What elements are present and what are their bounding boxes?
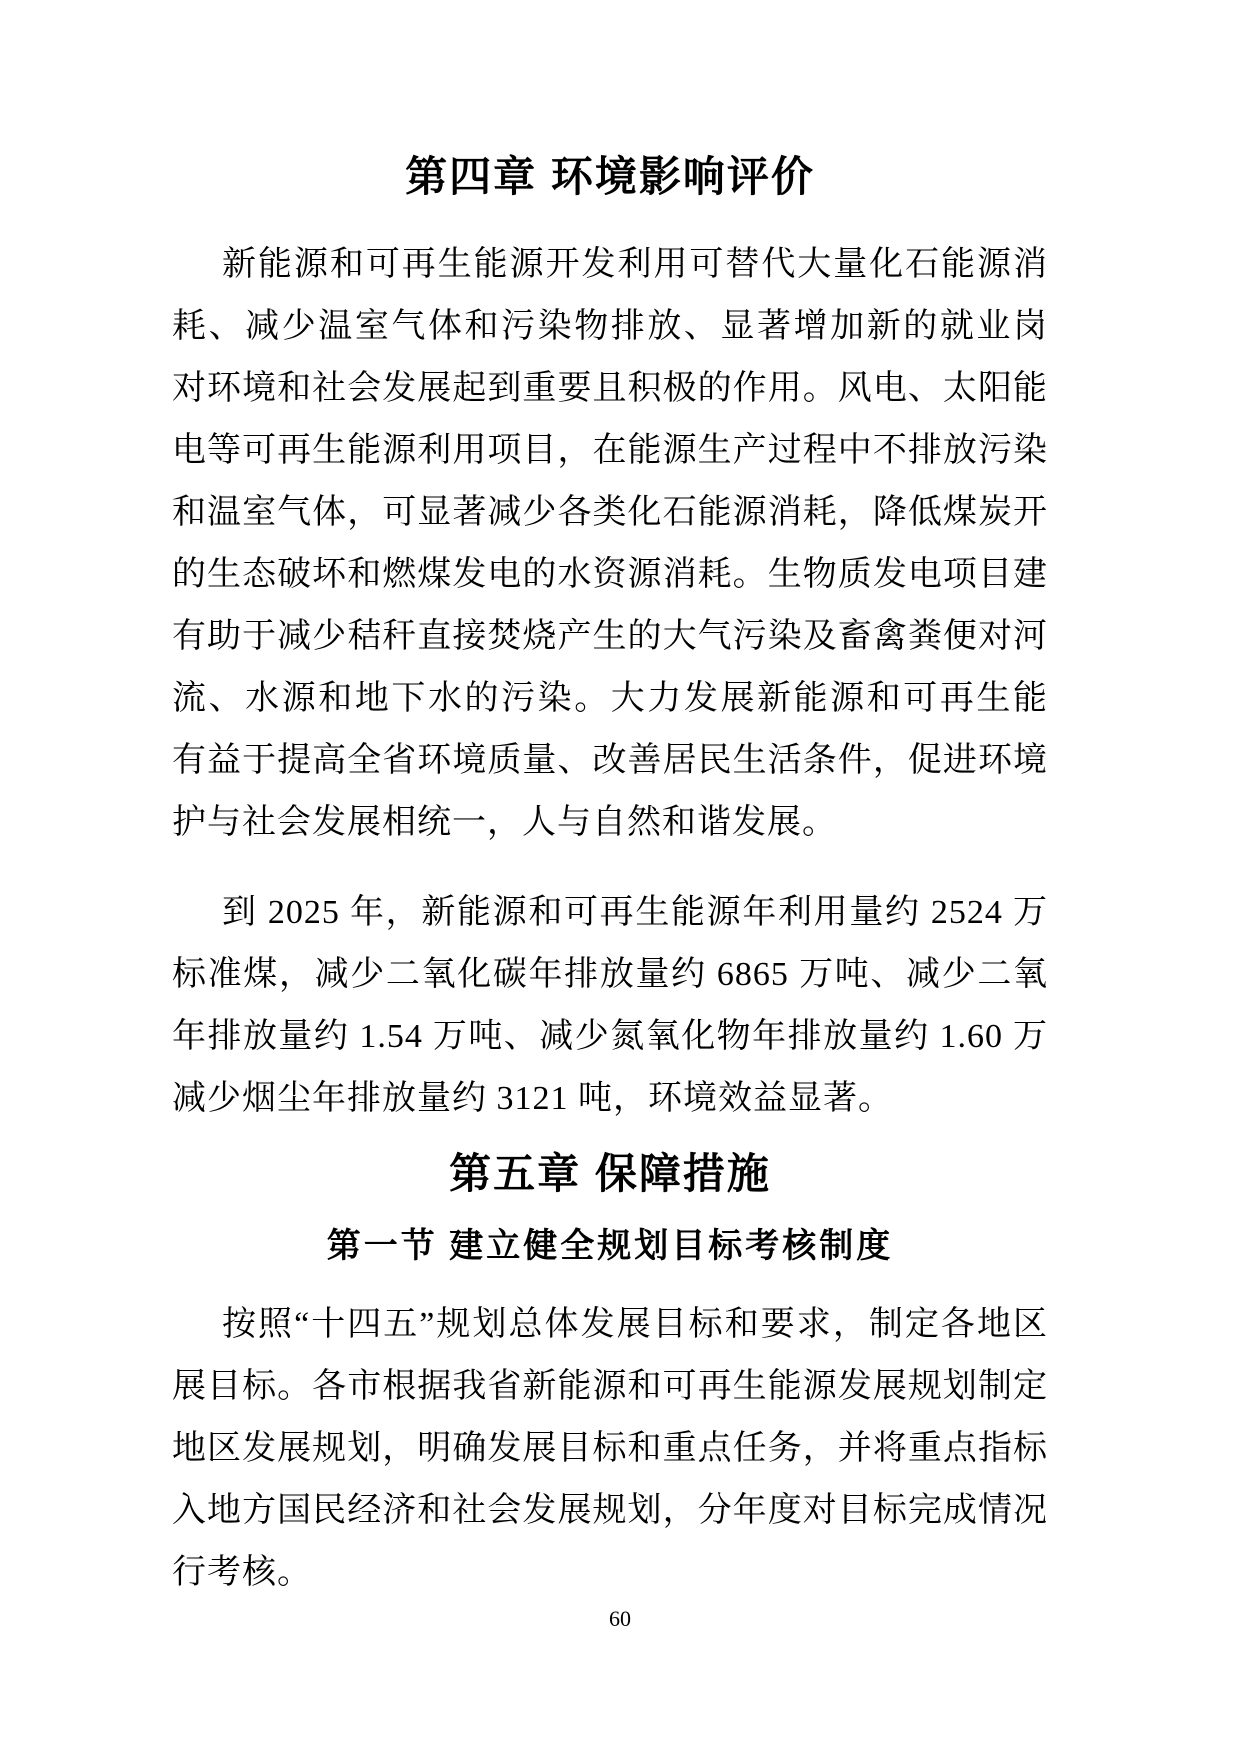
page-number: 60 [0, 1606, 1240, 1632]
text-line: 流、水源和地下水的污染。大力发展新能源和可再生能源， [172, 668, 1048, 730]
text-line: 新能源和可再生能源开发利用可替代大量化石能源消 [172, 234, 1048, 296]
text-line: 有助于减少秸秆直接焚烧产生的大气污染及畜禽粪便对河 [172, 606, 1048, 668]
text-line: 减少烟尘年排放量约 3121 吨，环境效益显著。 [172, 1068, 1048, 1130]
text-line: 对环境和社会发展起到重要且积极的作用。风电、太阳能发 [172, 358, 1048, 420]
chapter-4-title: 第四章 环境影响评价 [172, 148, 1048, 206]
text-line: 标准煤，减少二氧化碳年排放量约 6865 万吨、减少二氧化硫 [172, 944, 1048, 1006]
text-line: 行考核。 [172, 1542, 1048, 1604]
text-line: 展目标。各市根据我省新能源和可再生能源发展规划制定本 [172, 1356, 1048, 1418]
text-line: 护与社会发展相统一，人与自然和谐发展。 [172, 792, 1048, 854]
document-page: 第四章 环境影响评价 新能源和可再生能源开发利用可替代大量化石能源消耗、减少温室… [0, 0, 1240, 1754]
text-line: 地区发展规划，明确发展目标和重点任务，并将重点指标纳 [172, 1418, 1048, 1480]
section-1-title: 第一节 建立健全规划目标考核制度 [172, 1224, 1048, 1270]
text-line: 耗、减少温室气体和污染物排放、显著增加新的就业岗位， [172, 296, 1048, 358]
text-line: 的生态破坏和燃煤发电的水资源消耗。生物质发电项目建设 [172, 544, 1048, 606]
chapter-5-title: 第五章 保障措施 [172, 1146, 1048, 1202]
paragraph-assessment-system: 按照“十四五”规划总体发展目标和要求，制定各地区发展目标。各市根据我省新能源和可… [172, 1294, 1048, 1604]
text-line: 按照“十四五”规划总体发展目标和要求，制定各地区发 [172, 1294, 1048, 1356]
text-line: 入地方国民经济和社会发展规划，分年度对目标完成情况进 [172, 1480, 1048, 1542]
text-line: 到 2025 年，新能源和可再生能源年利用量约 2524 万吨 [172, 882, 1048, 944]
text-line: 年排放量约 1.54 万吨、减少氮氧化物年排放量约 1.60 万吨、 [172, 1006, 1048, 1068]
text-line: 电等可再生能源利用项目，在能源生产过程中不排放污染物 [172, 420, 1048, 482]
page-content: 第四章 环境影响评价 新能源和可再生能源开发利用可替代大量化石能源消耗、减少温室… [172, 0, 1048, 1604]
paragraph-2025-targets: 到 2025 年，新能源和可再生能源年利用量约 2524 万吨标准煤，减少二氧化… [172, 882, 1048, 1130]
paragraph-environment-impact: 新能源和可再生能源开发利用可替代大量化石能源消耗、减少温室气体和污染物排放、显著… [172, 234, 1048, 854]
text-line: 有益于提高全省环境质量、改善居民生活条件，促进环境保 [172, 730, 1048, 792]
text-line: 和温室气体，可显著减少各类化石能源消耗，降低煤炭开采 [172, 482, 1048, 544]
